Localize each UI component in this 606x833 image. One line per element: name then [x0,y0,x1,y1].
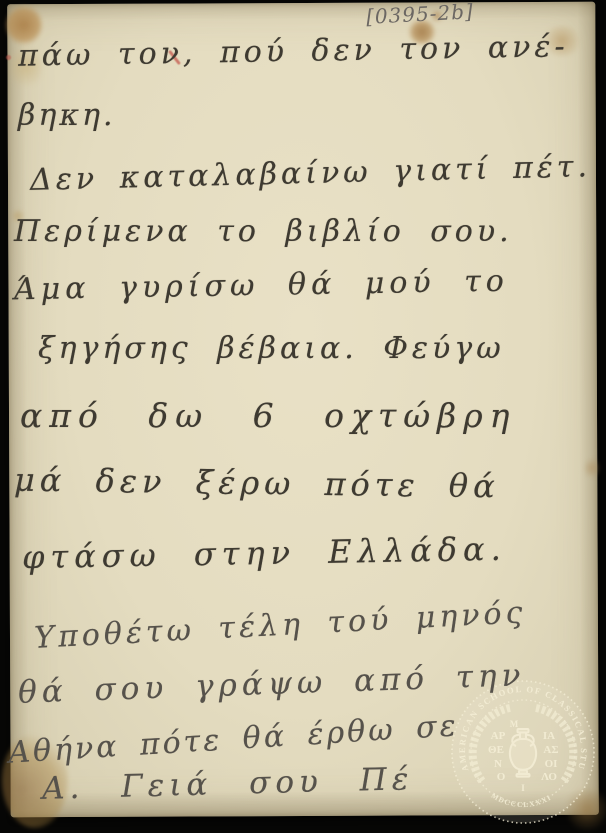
svg-text:ΙΑ: ΙΑ [543,730,555,742]
handwritten-line: μά δεν ξέρω πότε θά [14,461,500,506]
svg-text:ΛΟ: ΛΟ [541,771,557,783]
archive-seal-stamp: AMERICAN SCHOOL OF CLASSICAL STUDIES AT … [448,677,598,827]
svg-text:ΟΙ: ΟΙ [545,758,558,770]
svg-text:ΑΣ: ΑΣ [543,744,558,756]
svg-text:Ι: Ι [521,783,525,793]
handwritten-line: από δω 6 οχτώβρη [20,396,516,435]
svg-text:Ο: Ο [497,771,506,783]
handwritten-line: ξηγήσης βέβαια. Φεύγω [38,331,505,366]
handwritten-line: βηκη. [18,98,116,133]
svg-text:Ν: Ν [494,758,502,770]
scanner-background: AMERICAN SCHOOL OF CLASSICAL STUDIES AT … [0,0,606,833]
svg-text:ΑΡ: ΑΡ [491,730,506,742]
red-pencil-dot [6,55,11,60]
handwritten-line: Περίμενα το βιβλίο σου. [14,214,513,249]
svg-text:Μ: Μ [510,719,519,729]
seal-graphic: AMERICAN SCHOOL OF CLASSICAL STUDIES AT … [448,677,598,827]
svg-text:ΘΕ: ΘΕ [488,744,504,756]
